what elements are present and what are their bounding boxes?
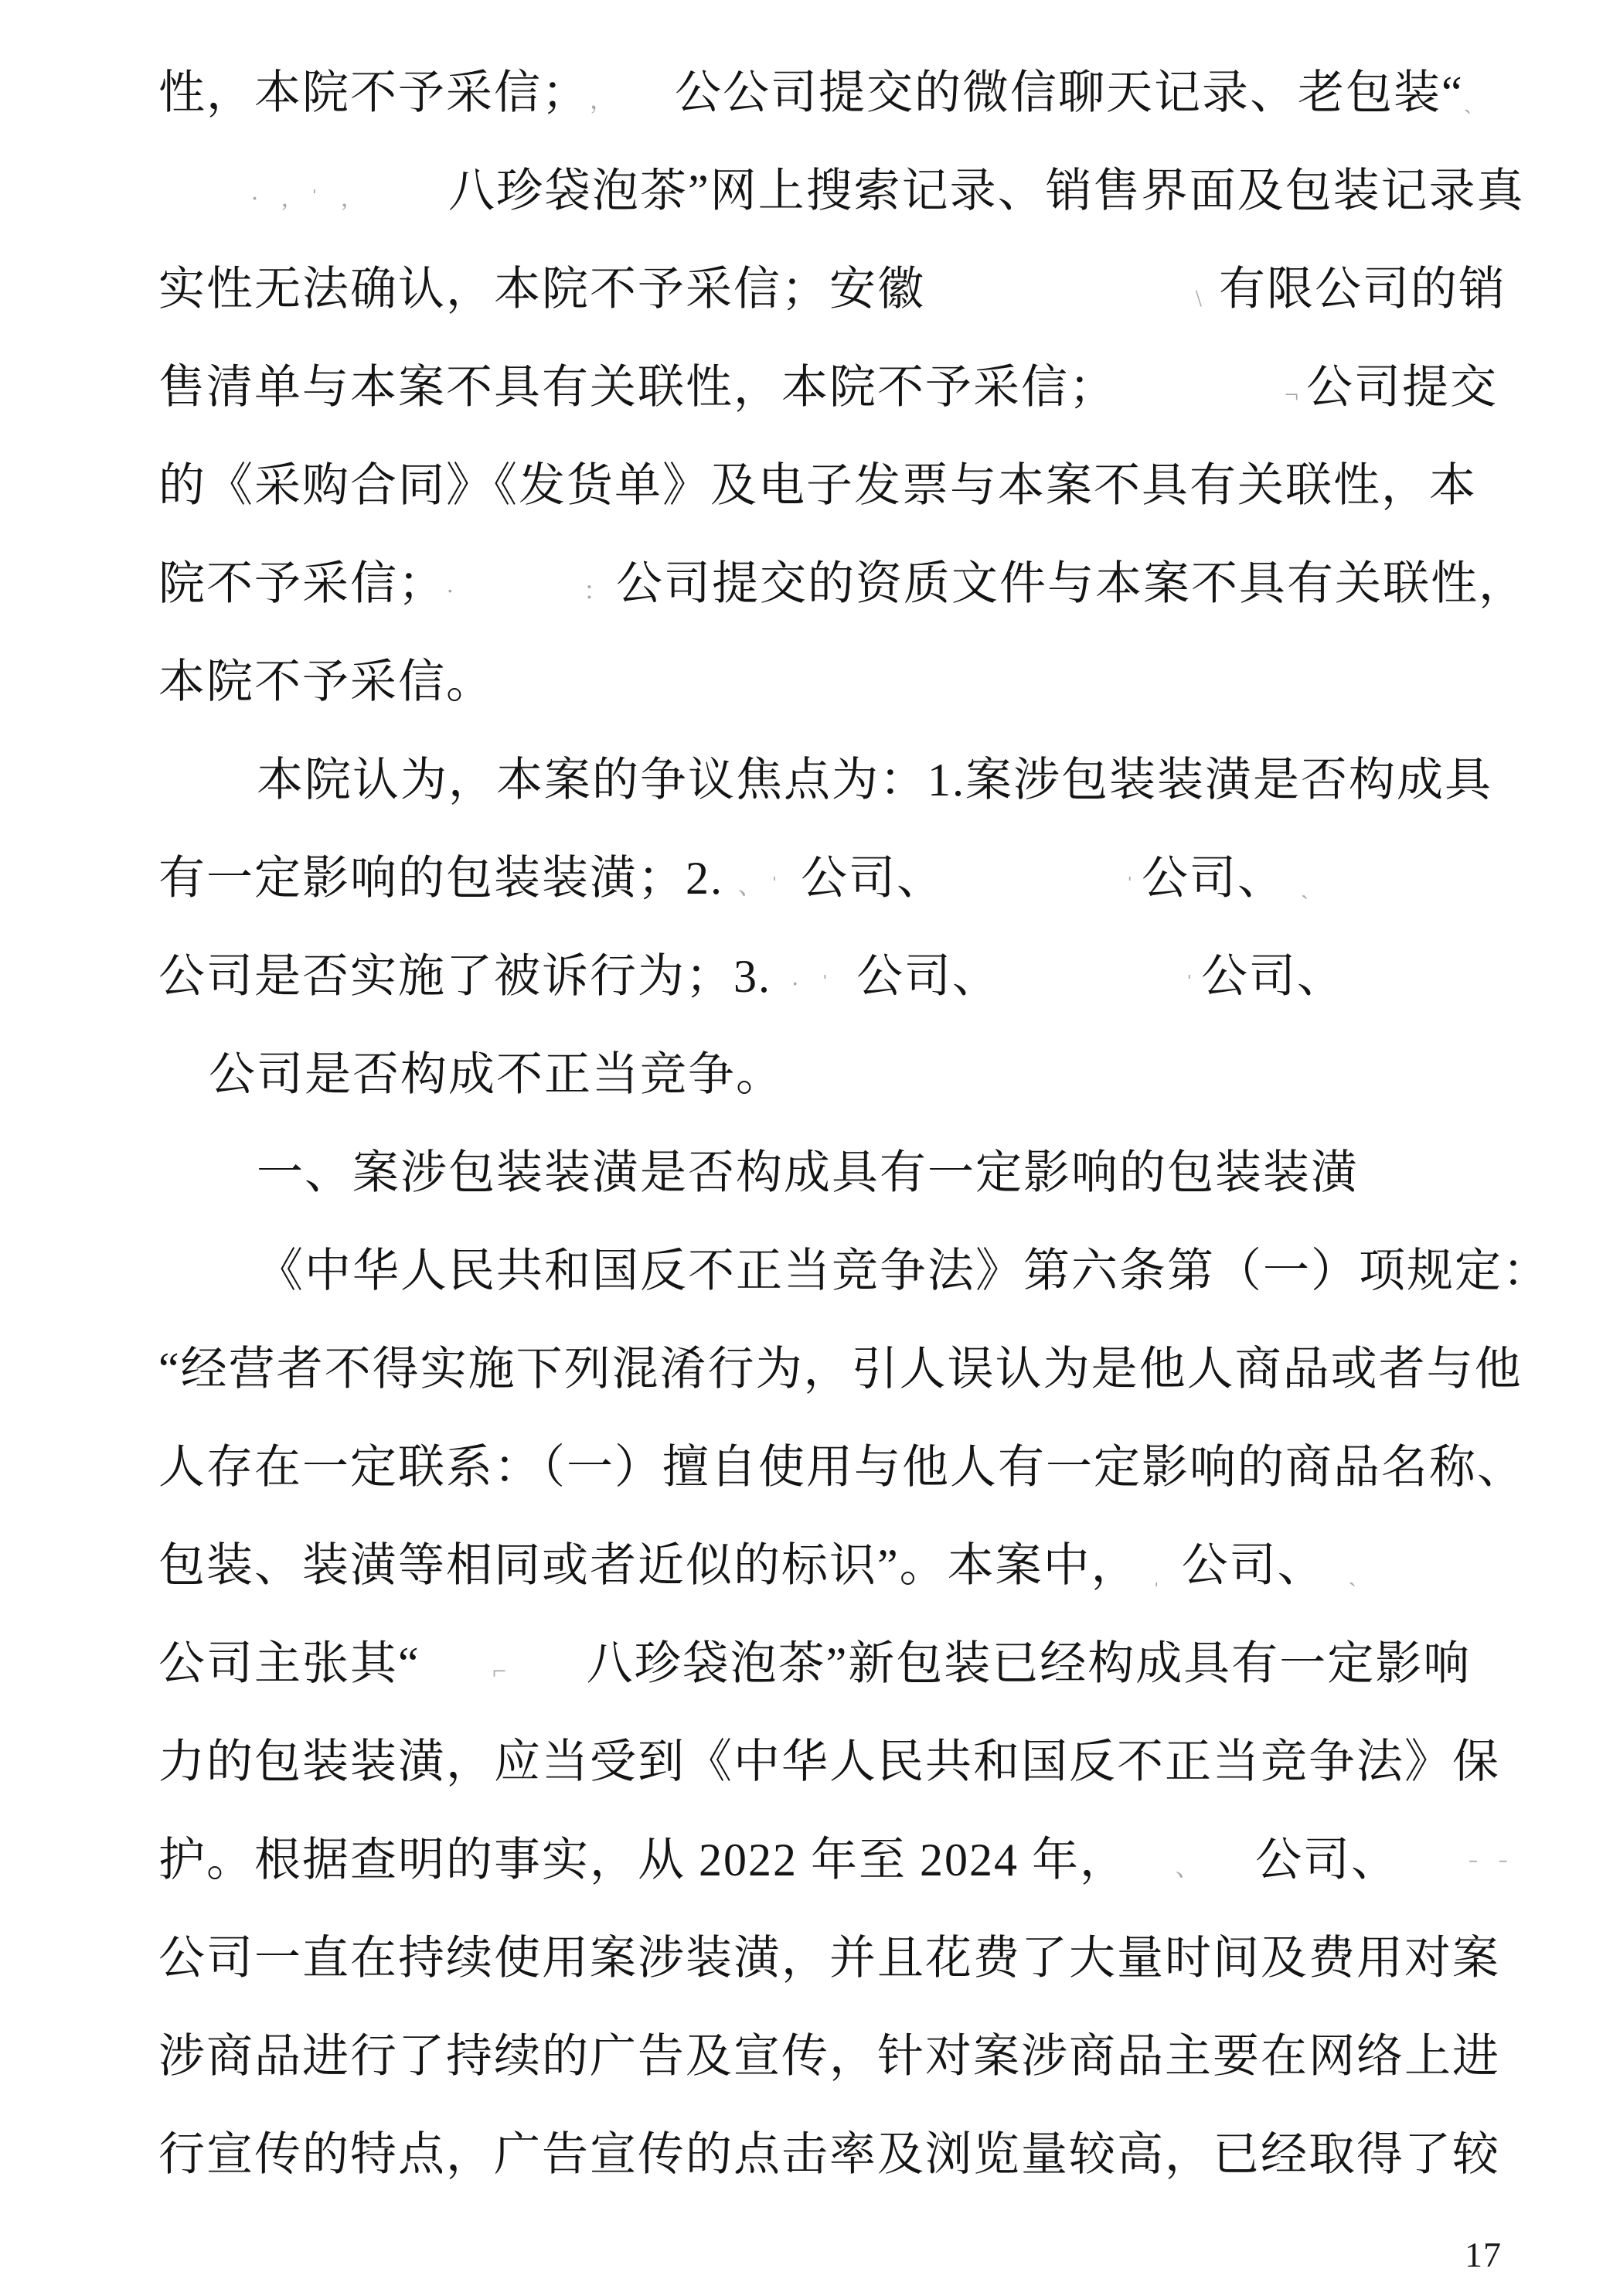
text-line: 涉商品进行了持续的广告及宣传，针对案涉商品主要在网络上进 [158, 2008, 1500, 2106]
text-segment: 性，本院不予采信； [158, 67, 590, 118]
text-segment: 售清单与本案不具有关联性，本院不予采信； [158, 362, 1117, 413]
page-number: 17 [1465, 2234, 1502, 2275]
text-segment: 包装、装潢等相同或者近似的标识”。本案中， [158, 1540, 1139, 1591]
redacted-gap: 、 [1128, 1811, 1255, 1909]
redaction-remnant-marks: ˈ [1185, 969, 1201, 997]
redaction-remnant-marks: ﹨ [1186, 282, 1219, 310]
redaction-remnant-marks: ˏ [1301, 871, 1317, 899]
text-line: 力的包装装潢，应当受到《中华人民共和国反不正当竞争法》保 [158, 1713, 1500, 1811]
redacted-gap: ⌐ [420, 1615, 587, 1713]
redaction-remnant-marks: ， [590, 86, 622, 114]
text-line: 售清单与本案不具有关联性，本院不予采信；¬公司提交 [158, 339, 1498, 437]
text-segment: 一、案涉包装装潢是否构成具有一定影响的包装装潢 [257, 1147, 1359, 1198]
text-segment: 八珍袋泡茶”新包装已经构成具有一定影响 [587, 1638, 1472, 1689]
text-line: 实性无法确认，本院不予采信；安徽﹨有限公司的销 [158, 240, 1506, 339]
text-line: 《中华人民共和国反不正当竞争法》第六条第（一）项规定： [257, 1222, 1550, 1320]
text-segment: 公司一直在持续使用案涉装潢，并且花费了大量时间及费用对案 [158, 1933, 1500, 1984]
redaction-remnant-marks: ˉ ˉ [1469, 1853, 1515, 1881]
redacted-gap: ˉ ˉ [1399, 1811, 1515, 1909]
text-segment: 涉商品进行了持续的广告及宣传，针对案涉商品主要在网络上进 [158, 2031, 1500, 2082]
redaction-remnant-marks: 、ˈ [738, 871, 787, 899]
text-segment: 公司、 [1142, 853, 1285, 904]
text-segment: “经营者不得实施下列混淆行为，引人误认为是他人商品或者与他 [158, 1344, 1523, 1395]
text-segment: 院不予采信； [158, 558, 446, 609]
text-line: 本院不予采信。 [158, 633, 494, 731]
redacted-gap: ¬ [1117, 339, 1306, 437]
redacted-gap: ˏ [1285, 829, 1332, 928]
redaction-remnant-marks: 、 [1175, 1853, 1207, 1881]
redaction-remnant-marks: ⌐ [492, 1657, 514, 1685]
text-line: 公司是否实施了被诉行为；3.· ˈ公司、ˈ公司、 [158, 928, 1345, 1026]
text-line: 公司主张其“⌐八珍袋泡茶”新包装已经构成具有一定影响 [158, 1615, 1471, 1713]
text-segment: 人存在一定联系：（一）擅自使用与他人有一定影响的商品名称、 [158, 1442, 1525, 1493]
text-segment: 的《采购合同》《发货单》及电子发票与本案不具有关联性，本 [158, 460, 1477, 511]
text-line: 本院认为，本案的争议焦点为：1.案涉包装装潢是否构成具 [257, 731, 1492, 829]
redacted-gap: ˌ [1139, 1517, 1182, 1615]
text-segment: 本院认为，本案的争议焦点为：1.案涉包装装潢是否构成具 [257, 755, 1492, 806]
redacted-gap: ˏ [1464, 44, 1499, 142]
text-line: 有一定影响的包装装潢；2.、ˈ公司、ˈ公司、ˏ [158, 829, 1332, 928]
redaction-remnant-marks: ˏ [1464, 86, 1480, 114]
redacted-gap: ， [590, 44, 675, 142]
text-segment: 公司是否实施了被诉行为；3. [158, 951, 771, 1002]
text-segment: 公司提交 [1306, 362, 1498, 413]
text-segment: 有限公司的销 [1219, 264, 1506, 315]
text-line: · ‚ ˈ ‚八珍袋泡茶”网上搜索记录、销售界面及包装记录真 [158, 142, 1525, 240]
redaction-remnant-marks: ： [584, 577, 616, 605]
text-line: 的《采购合同》《发货单》及电子发票与本案不具有关联性，本 [158, 437, 1477, 535]
redaction-remnant-marks: · [446, 577, 462, 605]
text-segment: 公司、 [1255, 1834, 1399, 1886]
text-segment: 公司是否构成不正当竞争。 [209, 1049, 784, 1100]
redacted-gap: · ‚ ˈ ‚ [158, 142, 448, 240]
text-segment: 《中华人民共和国反不正当竞争法》第六条第（一）项规定： [257, 1245, 1550, 1296]
redacted-gap: ˈ [944, 829, 1142, 928]
text-line: 公司是否构成不正当竞争。 [209, 1026, 784, 1124]
redacted-gap: ： [477, 535, 616, 633]
text-segment: 护。根据查明的事实，从 2022 年至 2024 年， [158, 1834, 1128, 1886]
text-line: 包装、装潢等相同或者近似的标识”。本案中，ˌ公司、ˏ [158, 1517, 1387, 1615]
text-line: “经营者不得实施下列混淆行为，引人误认为是他人商品或者与他 [158, 1320, 1523, 1419]
text-segment: 有一定影响的包装装潢；2. [158, 853, 723, 904]
text-line: 人存在一定联系：（一）擅自使用与他人有一定影响的商品名称、 [158, 1419, 1525, 1517]
redaction-remnant-marks: ˌ [1152, 1558, 1169, 1586]
redacted-gap: ˈ [1000, 928, 1201, 1026]
redacted-gap: ﹨ [925, 240, 1219, 339]
redaction-remnant-marks: ˏ [1348, 1558, 1364, 1586]
text-segment: 力的包装装潢，应当受到《中华人民共和国反不正当竞争法》保 [158, 1736, 1500, 1787]
redaction-remnant-marks: · ˈ [791, 969, 836, 997]
redacted-gap: 、ˈ [723, 829, 801, 928]
redaction-remnant-marks: ¬ [1285, 380, 1306, 408]
redacted-gap: ˏ [1326, 1517, 1387, 1615]
text-segment: 八珍袋泡茶”网上搜索记录、销售界面及包装记录真 [448, 165, 1525, 216]
text-segment: 公司、 [1201, 951, 1345, 1002]
redaction-remnant-marks: · ‚ ˈ ‚ [250, 184, 356, 212]
text-line: 性，本院不予采信；，公公司提交的微信聊天记录、老包装“ˏ [158, 44, 1499, 142]
redacted-gap: · ˈ [771, 928, 856, 1026]
text-line: 一、案涉包装装潢是否构成具有一定影响的包装装潢 [257, 1124, 1359, 1222]
redacted-gap: · [446, 535, 477, 633]
text-line: 院不予采信；·：公司提交的资质文件与本案不具有关联性， [158, 535, 1526, 633]
text-segment: 行宣传的特点，广告宣传的点击率及浏览量较高，已经取得了较 [158, 2129, 1500, 2180]
text-segment: 公司、 [1182, 1540, 1326, 1591]
text-segment: 公司、 [856, 951, 1000, 1002]
text-segment: 公司、 [801, 853, 944, 904]
text-line: 护。根据查明的事实，从 2022 年至 2024 年，、公司、ˉ ˉ [158, 1811, 1515, 1909]
redaction-remnant-marks: ˈ [1125, 871, 1142, 899]
text-segment: 本院不予采信。 [158, 656, 494, 707]
text-segment: 公司主张其“ [158, 1638, 420, 1689]
text-segment: 公公司提交的微信聊天记录、老包装“ [675, 67, 1464, 118]
text-line: 行宣传的特点，广告宣传的点击率及浏览量较高，已经取得了较 [158, 2106, 1500, 2204]
text-line: 公司一直在持续使用案涉装潢，并且花费了大量时间及费用对案 [158, 1909, 1500, 2008]
text-segment: 实性无法确认，本院不予采信；安徽 [158, 264, 925, 315]
text-segment: 公司提交的资质文件与本案不具有关联性， [616, 558, 1526, 609]
document-page: 17 性，本院不予采信；，公公司提交的微信聊天记录、老包装“ˏ· ‚ ˈ ‚八珍… [0, 0, 1620, 2296]
